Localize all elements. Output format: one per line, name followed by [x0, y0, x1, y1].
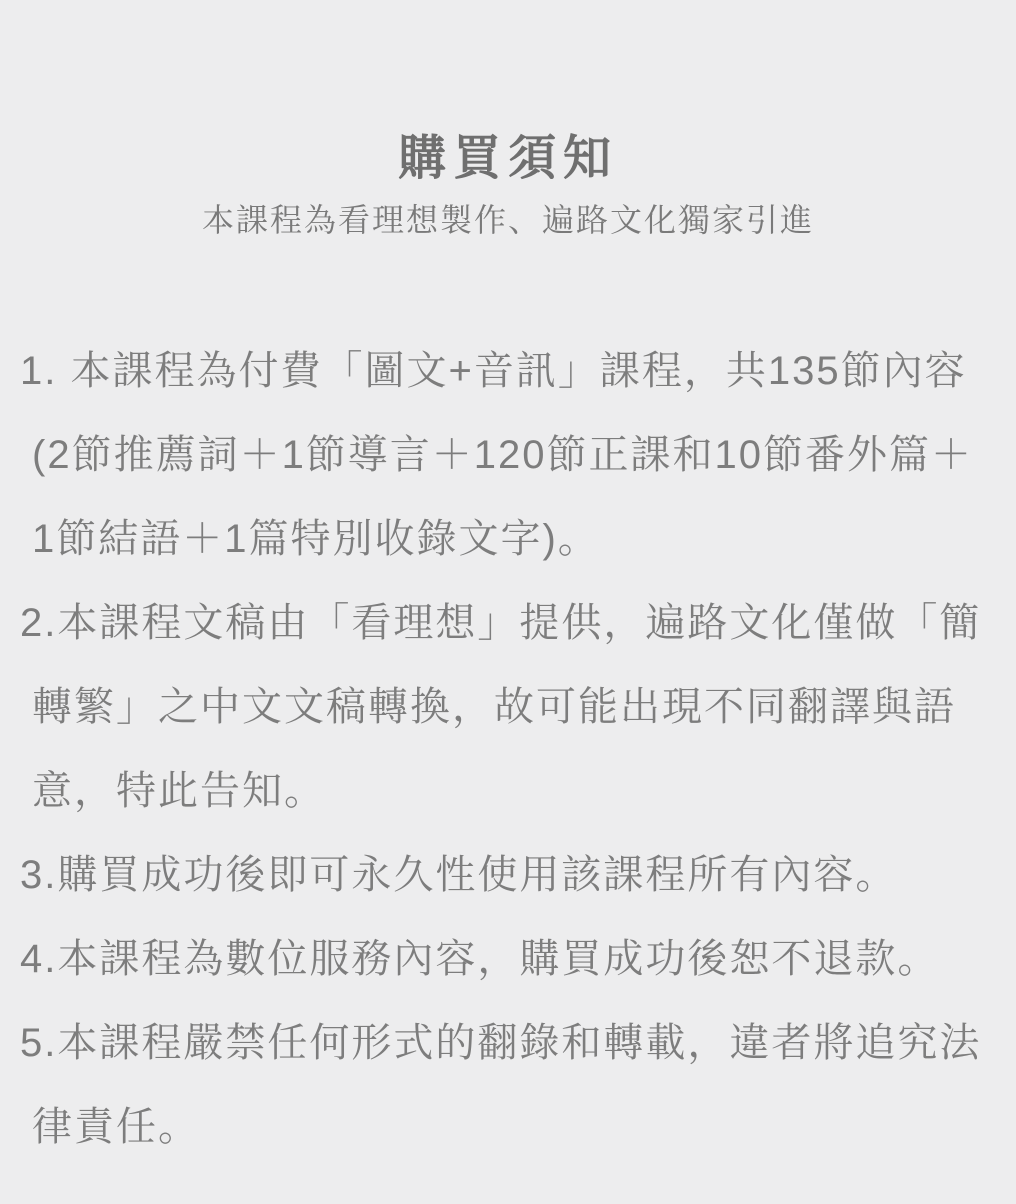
- notice-list: 1. 本課程為付費「圖文+音訊」課程，共135節內容(2節推薦詞＋1節導言＋12…: [0, 329, 1016, 1169]
- notice-item-1: 1. 本課程為付費「圖文+音訊」課程，共135節內容(2節推薦詞＋1節導言＋12…: [32, 329, 988, 581]
- page-subtitle: 本課程為看理想製作、遍路文化獨家引進: [0, 200, 1016, 242]
- notice-item-5: 5.本課程嚴禁任何形式的翻錄和轉載，違者將追究法律責任。: [32, 1001, 988, 1169]
- purchase-notice-page: 購買須知 本課程為看理想製作、遍路文化獨家引進 1. 本課程為付費「圖文+音訊」…: [0, 0, 1016, 1204]
- notice-item-3: 3.購買成功後即可永久性使用該課程所有內容。: [32, 833, 988, 917]
- notice-item-4: 4.本課程為數位服務內容，購買成功後恕不退款。: [32, 917, 988, 1001]
- page-title: 購買須知: [0, 130, 1016, 188]
- notice-item-2: 2.本課程文稿由「看理想」提供，遍路文化僅做「簡轉繁」之中文文稿轉換，故可能出現…: [32, 581, 988, 833]
